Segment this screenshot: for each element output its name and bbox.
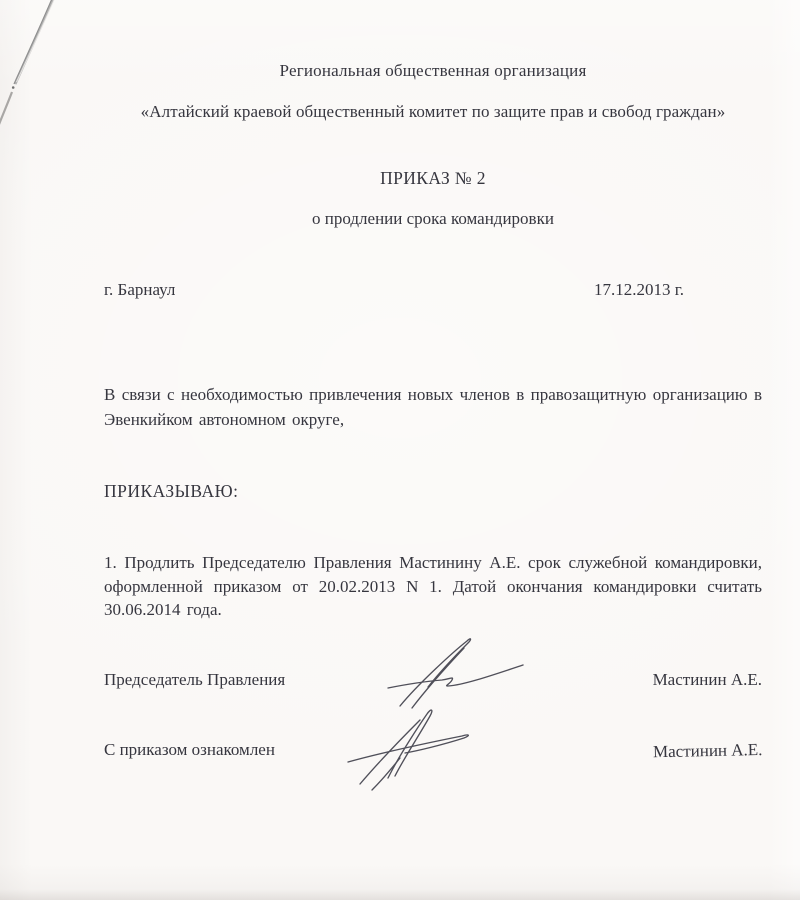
acknowledgement-name: Мастинин А.Е. <box>652 740 762 762</box>
order-title: ПРИКАЗ № 2 <box>104 168 762 189</box>
signatory-name: Мастинин А.Е. <box>653 670 762 690</box>
city-date-row: г. Барнаул 17.12.2013 г. <box>104 280 762 300</box>
scan-artifact-line <box>0 0 90 150</box>
document-page: Региональная общественная организация «А… <box>104 0 762 900</box>
city-label: г. Барнаул <box>104 280 175 300</box>
signature-row-chairman: Председатель Правления Мастинин А.Е. <box>104 670 762 690</box>
order-subject: о продлении срока командировки <box>104 208 762 229</box>
order-item-1: 1. Продлить Председателю Правления Масти… <box>104 551 762 622</box>
order-keyword: ПРИКАЗЫВАЮ: <box>104 481 238 502</box>
organization-name-line2: «Алтайский краевой общественный комитет … <box>104 101 762 122</box>
organization-name-line1: Региональная общественная организация <box>104 60 762 81</box>
acknowledgement-label: С приказом ознакомлен <box>104 740 275 760</box>
order-date: 17.12.2013 г. <box>594 280 684 300</box>
signature-row-acknowledgement: С приказом ознакомлен Мастинин А.Е. <box>104 740 762 760</box>
order-preamble: В связи с необходимостью привлечения нов… <box>104 382 762 432</box>
signatory-position-label: Председатель Правления <box>104 670 285 690</box>
